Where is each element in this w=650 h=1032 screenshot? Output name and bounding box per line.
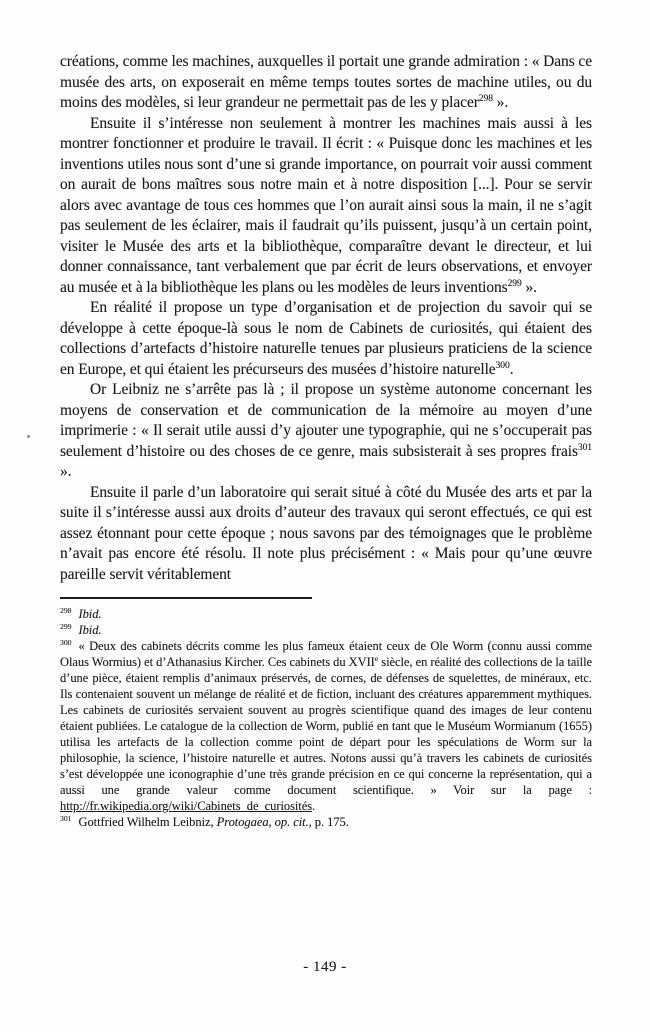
italic-text: Ibid. [78,607,101,621]
footnote-ref: 298 [479,93,493,104]
footnote-ref: 300 [496,359,510,370]
italic-text: Ibid. [78,623,101,637]
footnote: 301Gottfried Wilhelm Leibniz, Protogaea,… [60,814,592,830]
body-paragraph: Ensuite il parle d’un laboratoire qui se… [60,483,592,586]
footnote-text: Ibid. [78,623,101,637]
footnote-text: Gottfried Wilhelm Leibniz, Protogaea, op… [78,815,348,829]
footnote-ref: 301 [578,441,592,452]
footnote: 300« Deux des cabinets décrits comme les… [60,638,592,814]
body-paragraph: Or Leibniz ne s’arrête pas là ; il propo… [60,380,592,483]
italic-text: Protogaea, op. cit. [217,815,309,829]
text-block: créations, comme les machines, auxquelle… [60,52,592,830]
footnote: 299Ibid. [60,622,592,638]
body-paragraph: créations, comme les machines, auxquelle… [60,52,592,114]
body-paragraph: Ensuite il s’intéresse non seulement à m… [60,114,592,299]
footnote-number: 298 [60,606,71,615]
footnote-text: Ibid. [78,607,101,621]
document-page: créations, comme les machines, auxquelle… [0,0,650,1032]
footnote-number: 301 [60,814,71,823]
page-number: - 149 - [0,959,650,976]
footnote-number: 300 [60,638,71,647]
footnote-separator [60,597,312,599]
footnote-ref: 299 [508,277,522,288]
footnote-url: http://fr.wikipedia.org/wiki/Cabinets_de… [60,799,312,813]
scan-speck [27,435,30,438]
footnote: 298Ibid. [60,606,592,622]
footnote-text: « Deux des cabinets décrits comme les pl… [60,639,592,813]
footnotes-section: 298Ibid.299Ibid.300« Deux des cabinets d… [60,606,592,830]
body-paragraphs: créations, comme les machines, auxquelle… [60,52,592,585]
footnote-number: 299 [60,622,71,631]
footnote-ref: e [375,654,378,663]
body-paragraph: En réalité il propose un type d’organisa… [60,298,592,380]
